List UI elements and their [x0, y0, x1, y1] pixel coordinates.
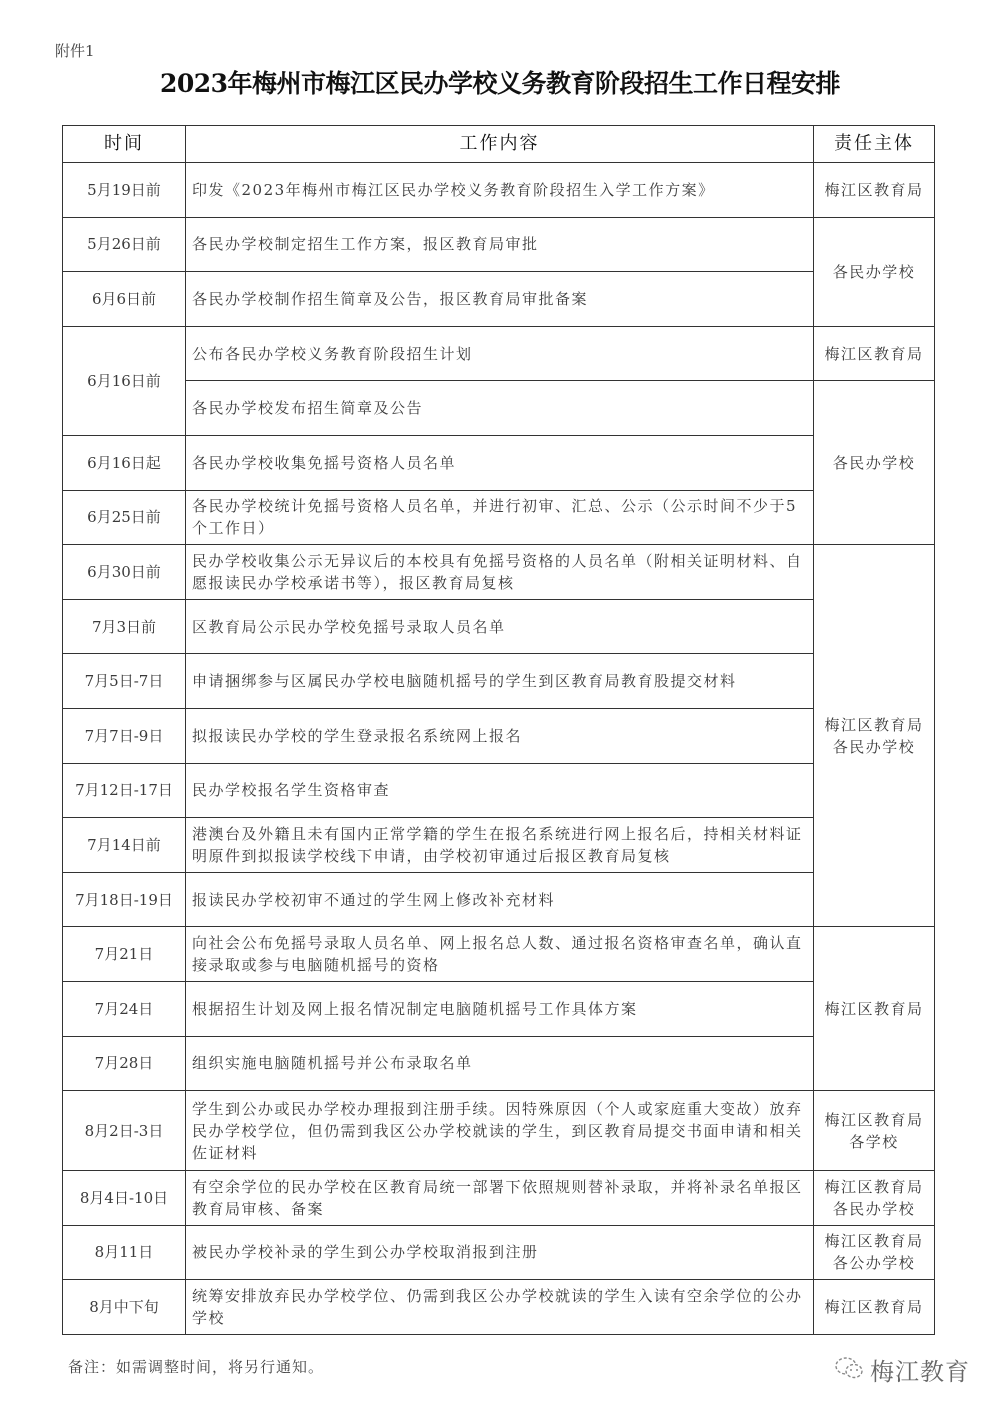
- table-row: 7月5日-7日 申请捆绑参与区属民办学校电脑随机摇号的学生到区教育局教育股提交材…: [63, 654, 935, 709]
- footnote: 备注：如需调整时间，将另行通知。: [68, 1356, 324, 1377]
- content-cell: 民办学校报名学生资格审查: [186, 763, 814, 818]
- owner-cell: 各民办学校: [814, 381, 935, 545]
- watermark-label: 梅江教育: [870, 1352, 970, 1387]
- table-row: 8月中下旬 统筹安排放弃民办学校学位、仍需到我区公办学校就读的学生入读有空余学位…: [63, 1280, 935, 1335]
- table-row: 各民办学校发布招生简章及公告 各民办学校: [63, 381, 935, 436]
- attachment-label: 附件1: [55, 40, 95, 61]
- table-row: 7月14日前 港澳台及外籍且未有国内正常学籍的学生在报名系统进行网上报名后，持相…: [63, 818, 935, 873]
- owner-cell: 梅江区教育局 各学校: [814, 1091, 935, 1171]
- table-row: 7月12日-17日 民办学校报名学生资格审查: [63, 763, 935, 818]
- table-row: 6月30日前 民办学校收集公示无异议后的本校具有免摇号资格的人员名单（附相关证明…: [63, 545, 935, 600]
- time-cell: 7月28日: [63, 1036, 186, 1091]
- table-row: 5月26日前 各民办学校制定招生工作方案，报区教育局审批 各民办学校: [63, 217, 935, 272]
- time-cell: 8月中下旬: [63, 1280, 186, 1335]
- table-header-row: 时间 工作内容 责任主体: [63, 126, 935, 163]
- content-cell: 被民办学校补录的学生到公办学校取消报到注册: [186, 1225, 814, 1280]
- content-cell: 根据招生计划及网上报名情况制定电脑随机摇号工作具体方案: [186, 981, 814, 1036]
- table-row: 7月18日-19日 报读民办学校初审不通过的学生网上修改补充材料: [63, 872, 935, 927]
- header-time: 时间: [63, 126, 186, 163]
- schedule-table: 时间 工作内容 责任主体 5月19日前 印发《2023年梅州市梅江区民办学校义务…: [62, 125, 935, 1335]
- content-cell: 各民办学校统计免摇号资格人员名单，并进行初审、汇总、公示（公示时间不少于5个工作…: [186, 490, 814, 545]
- time-cell: 8月2日-3日: [63, 1091, 186, 1171]
- owner-cell: 梅江区教育局 各公办学校: [814, 1225, 935, 1280]
- time-cell: 8月11日: [63, 1225, 186, 1280]
- owner-cell: 梅江区教育局 各民办学校: [814, 545, 935, 927]
- table-row: 6月16日起 各民办学校收集免摇号资格人员名单: [63, 435, 935, 490]
- time-cell: 5月26日前: [63, 217, 186, 272]
- content-cell: 各民办学校制作招生简章及公告，报区教育局审批备案: [186, 272, 814, 327]
- content-cell: 港澳台及外籍且未有国内正常学籍的学生在报名系统进行网上报名后，持相关材料证明原件…: [186, 818, 814, 873]
- owner-line-2: 各民办学校: [820, 736, 928, 758]
- table-row: 7月28日 组织实施电脑随机摇号并公布录取名单: [63, 1036, 935, 1091]
- time-cell: 6月16日起: [63, 435, 186, 490]
- content-cell: 统筹安排放弃民办学校学位、仍需到我区公办学校就读的学生入读有空余学位的公办学校: [186, 1280, 814, 1335]
- owner-line-1: 梅江区教育局: [820, 1176, 928, 1198]
- time-cell: 6月30日前: [63, 545, 186, 600]
- content-cell: 各民办学校制定招生工作方案，报区教育局审批: [186, 217, 814, 272]
- content-cell: 拟报读民办学校的学生登录报名系统网上报名: [186, 708, 814, 763]
- table-row: 6月16日前 公布各民办学校义务教育阶段招生计划 梅江区教育局: [63, 326, 935, 381]
- wechat-icon: [834, 1355, 864, 1385]
- time-cell: 6月25日前: [63, 490, 186, 545]
- owner-cell: 梅江区教育局 各民办学校: [814, 1171, 935, 1226]
- table-row: 6月25日前 各民办学校统计免摇号资格人员名单，并进行初审、汇总、公示（公示时间…: [63, 490, 935, 545]
- time-cell: 7月21日: [63, 927, 186, 982]
- table-row: 7月7日-9日 拟报读民办学校的学生登录报名系统网上报名: [63, 708, 935, 763]
- owner-line-1: 梅江区教育局: [820, 1230, 928, 1252]
- table-row: 7月24日 根据招生计划及网上报名情况制定电脑随机摇号工作具体方案: [63, 981, 935, 1036]
- owner-line-1: 梅江区教育局: [820, 1109, 928, 1131]
- time-cell: 7月12日-17日: [63, 763, 186, 818]
- content-cell: 报读民办学校初审不通过的学生网上修改补充材料: [186, 872, 814, 927]
- time-cell: 5月19日前: [63, 163, 186, 218]
- time-cell: 8月4日-10日: [63, 1171, 186, 1226]
- owner-line-2: 各学校: [820, 1131, 928, 1153]
- owner-cell: 梅江区教育局: [814, 927, 935, 1091]
- content-cell: 各民办学校发布招生简章及公告: [186, 381, 814, 436]
- content-cell: 申请捆绑参与区属民办学校电脑随机摇号的学生到区教育局教育股提交材料: [186, 654, 814, 709]
- time-cell: 6月6日前: [63, 272, 186, 327]
- content-cell: 有空余学位的民办学校在区教育局统一部署下依照规则替补录取，并将补录名单报区教育局…: [186, 1171, 814, 1226]
- owner-line-2: 各公办学校: [820, 1252, 928, 1274]
- document-title: 2023年梅州市梅江区民办学校义务教育阶段招生工作日程安排: [0, 64, 1000, 100]
- header-content: 工作内容: [186, 126, 814, 163]
- table-row: 8月11日 被民办学校补录的学生到公办学校取消报到注册 梅江区教育局 各公办学校: [63, 1225, 935, 1280]
- time-cell: 7月7日-9日: [63, 708, 186, 763]
- content-cell: 公布各民办学校义务教育阶段招生计划: [186, 326, 814, 381]
- content-cell: 印发《2023年梅州市梅江区民办学校义务教育阶段招生入学工作方案》: [186, 163, 814, 218]
- content-cell: 民办学校收集公示无异议后的本校具有免摇号资格的人员名单（附相关证明材料、自愿报读…: [186, 545, 814, 600]
- owner-cell: 梅江区教育局: [814, 163, 935, 218]
- owner-cell: 各民办学校: [814, 217, 935, 326]
- header-owner: 责任主体: [814, 126, 935, 163]
- time-cell: 6月16日前: [63, 326, 186, 435]
- time-cell: 7月24日: [63, 981, 186, 1036]
- owner-line-2: 各民办学校: [820, 1198, 928, 1220]
- watermark: 梅江教育: [834, 1352, 970, 1387]
- table-row: 8月4日-10日 有空余学位的民办学校在区教育局统一部署下依照规则替补录取，并将…: [63, 1171, 935, 1226]
- table-row: 8月2日-3日 学生到公办或民办学校办理报到注册手续。因特殊原因（个人或家庭重大…: [63, 1091, 935, 1171]
- content-cell: 区教育局公示民办学校免摇号录取人员名单: [186, 599, 814, 654]
- table-row: 6月6日前 各民办学校制作招生简章及公告，报区教育局审批备案: [63, 272, 935, 327]
- time-cell: 7月14日前: [63, 818, 186, 873]
- table-row: 5月19日前 印发《2023年梅州市梅江区民办学校义务教育阶段招生入学工作方案》…: [63, 163, 935, 218]
- content-cell: 组织实施电脑随机摇号并公布录取名单: [186, 1036, 814, 1091]
- owner-cell: 梅江区教育局: [814, 1280, 935, 1335]
- content-cell: 学生到公办或民办学校办理报到注册手续。因特殊原因（个人或家庭重大变故）放弃民办学…: [186, 1091, 814, 1171]
- content-cell: 向社会公布免摇号录取人员名单、网上报名总人数、通过报名资格审查名单，确认直接录取…: [186, 927, 814, 982]
- time-cell: 7月3日前: [63, 599, 186, 654]
- owner-line-1: 梅江区教育局: [820, 714, 928, 736]
- time-cell: 7月5日-7日: [63, 654, 186, 709]
- owner-cell: 梅江区教育局: [814, 326, 935, 381]
- table-row: 7月21日 向社会公布免摇号录取人员名单、网上报名总人数、通过报名资格审查名单，…: [63, 927, 935, 982]
- time-cell: 7月18日-19日: [63, 872, 186, 927]
- table-row: 7月3日前 区教育局公示民办学校免摇号录取人员名单: [63, 599, 935, 654]
- content-cell: 各民办学校收集免摇号资格人员名单: [186, 435, 814, 490]
